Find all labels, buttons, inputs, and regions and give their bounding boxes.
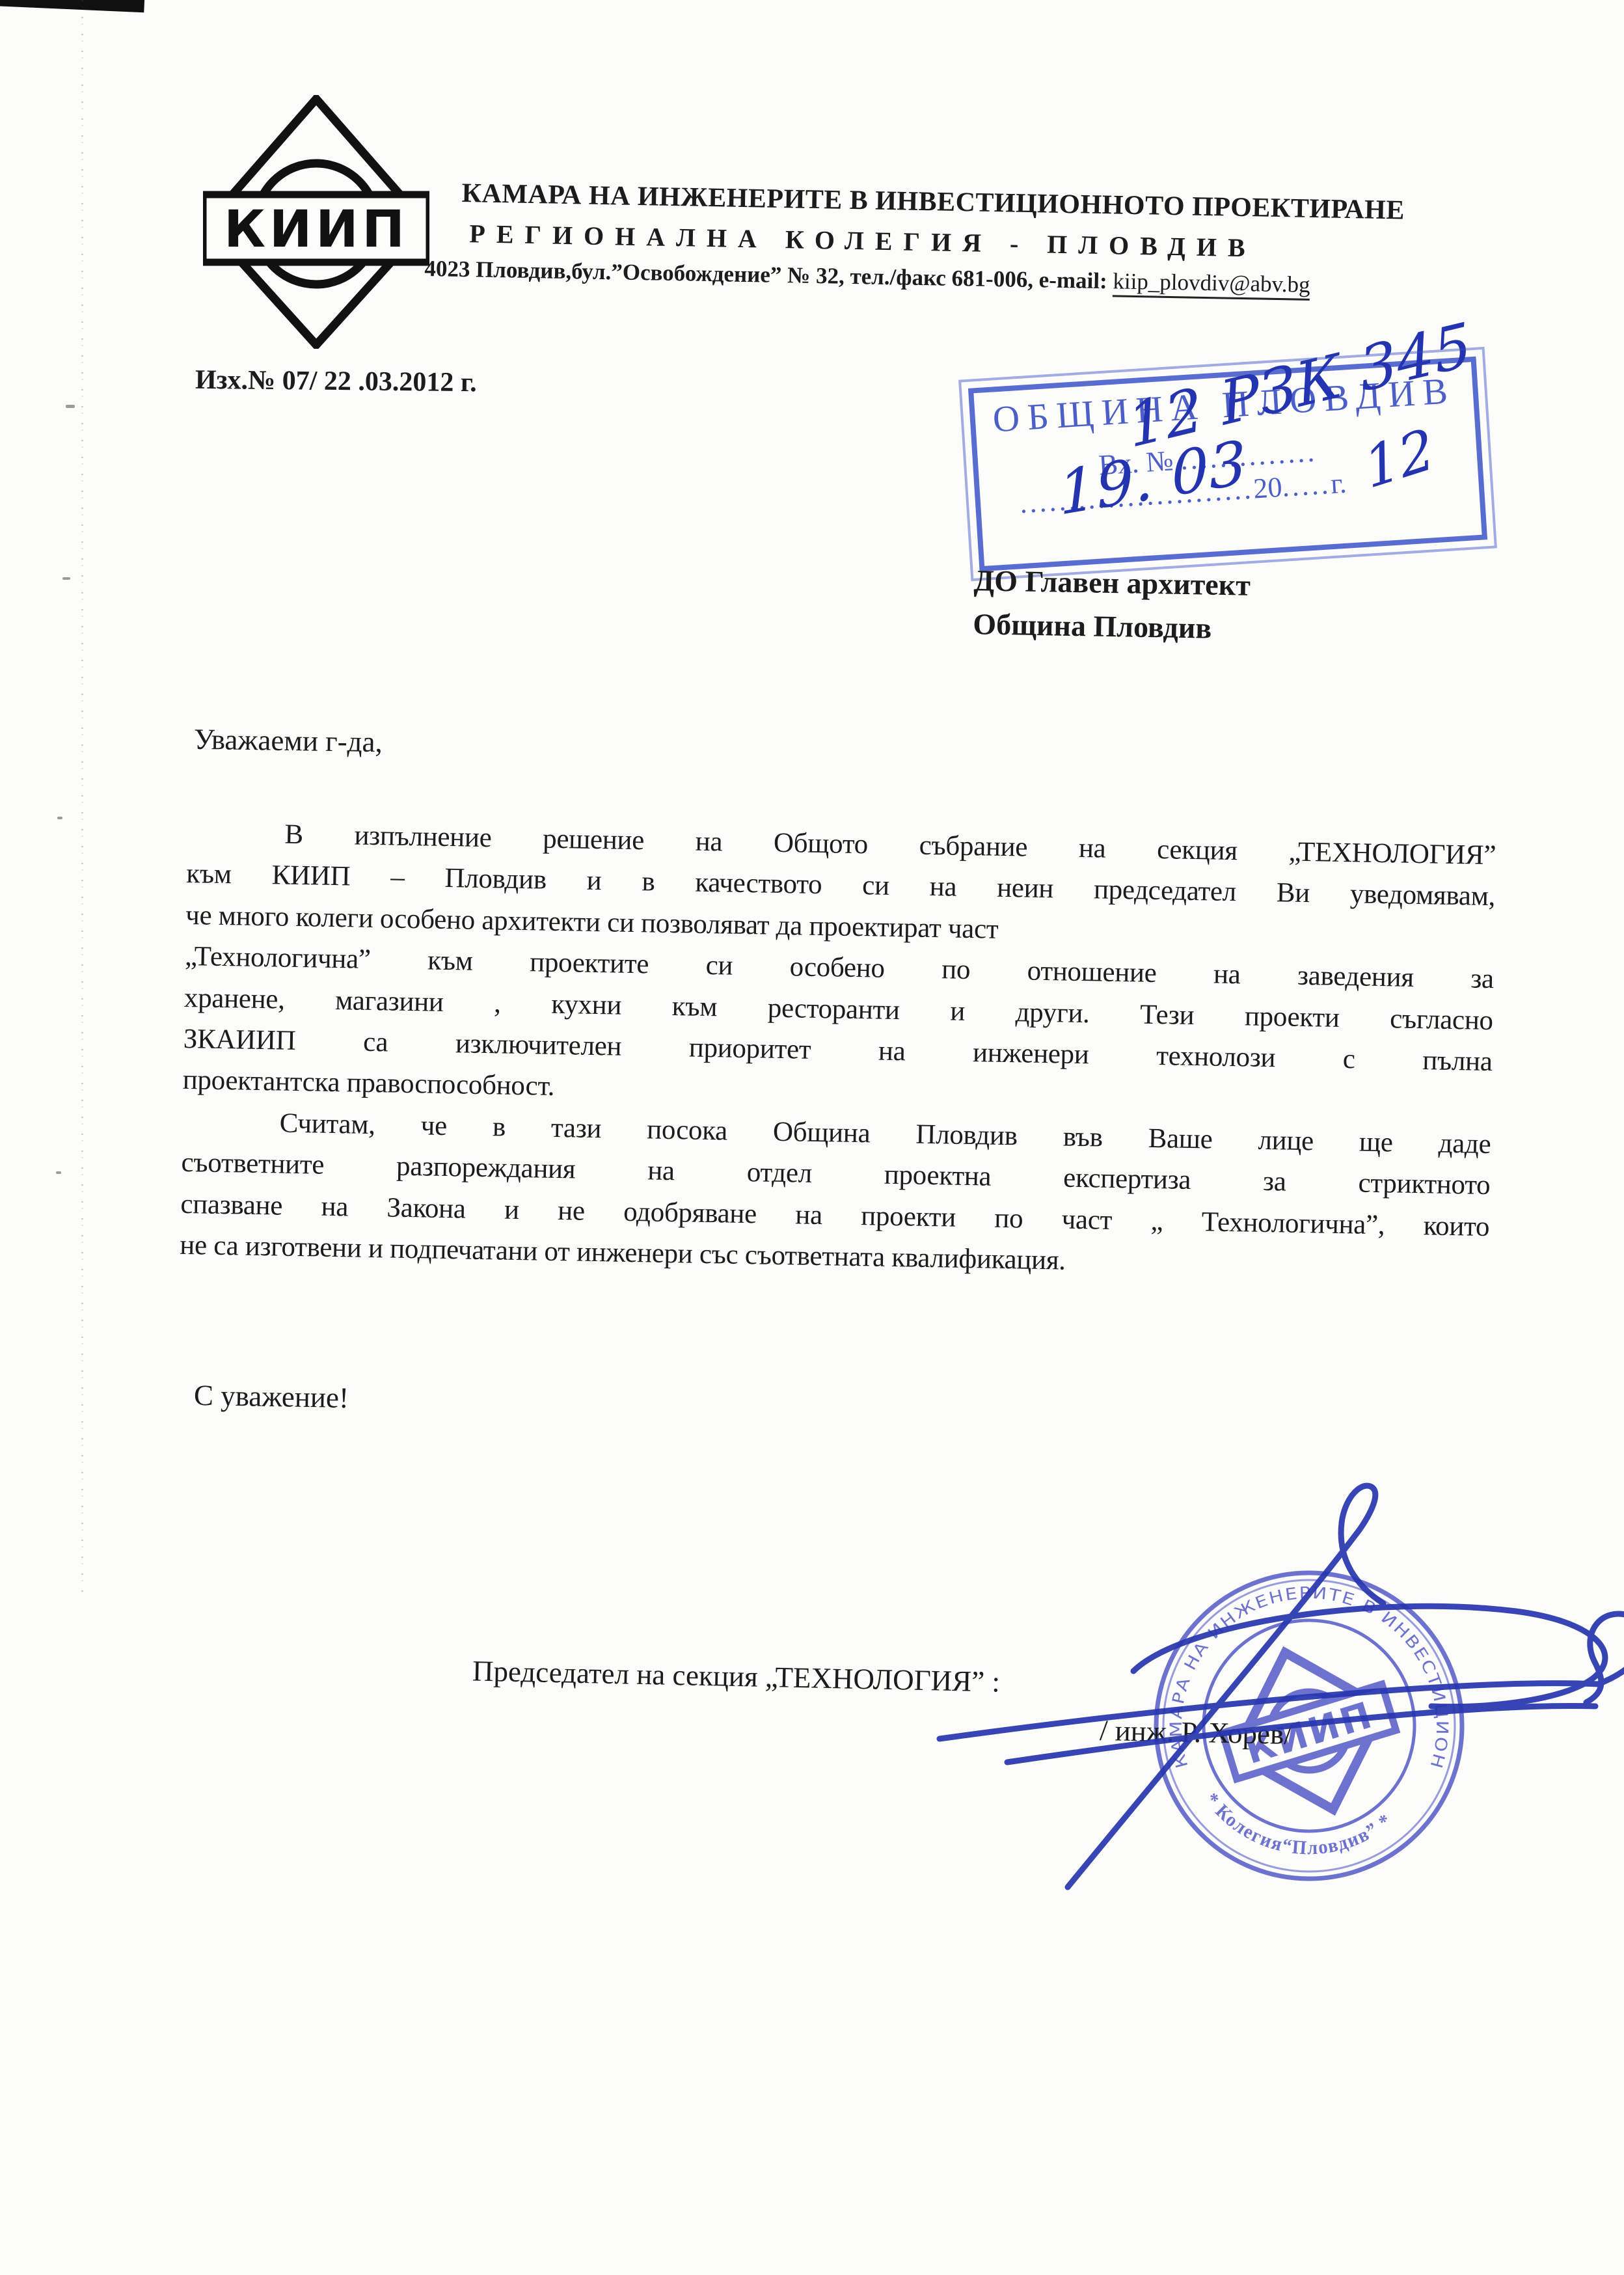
scan-speck xyxy=(66,405,75,408)
stamp-entry-dots: .............. xyxy=(1180,435,1318,476)
stamp-date-row: ........................20.....г. xyxy=(1019,458,1480,520)
kiip-logo: КИИП xyxy=(203,95,429,349)
outgoing-ref-line: Изх.№ 07/ 22 .03.2012 г. xyxy=(195,364,477,399)
stamp-date-dots: ........................ xyxy=(1019,473,1254,520)
logo-text: КИИП xyxy=(224,200,409,259)
letter-body: В изпълнение решение на Общото събрание … xyxy=(180,812,1496,1288)
email-text: kiip_plovdiv@abv.bg xyxy=(1113,268,1310,301)
stamp-year-suffix: г. xyxy=(1330,467,1347,500)
signature-name-line: / инж. Р. Хорев/ xyxy=(1099,1713,1292,1751)
stamp-year-dots: ..... xyxy=(1281,468,1332,503)
scan-edge-dust-line xyxy=(81,0,83,1594)
entry-stamp: ОБЩИНА ПЛОВДИВ Вх. № .............. ....… xyxy=(968,357,1487,572)
scan-speck xyxy=(56,1171,61,1174)
stamp-year-prefix: 20 xyxy=(1252,471,1283,505)
letterhead: КАМАРА НА ИНЖЕНЕРИТЕ В ИНВЕСТИЦИОННОТО П… xyxy=(424,177,1624,304)
stamp-title: ОБЩИНА ПЛОВДИВ xyxy=(974,368,1474,442)
recipient-block: ДО Главен архитект Община Пловдив xyxy=(973,558,1251,650)
handwritten-date: 19. 03 xyxy=(1057,428,1249,529)
address-text: 4023 Пловдив,бул.”Освобождение” № 32, те… xyxy=(424,256,1113,293)
stamp-entry-row: Вх. № .............. xyxy=(1098,425,1477,482)
scan-speck xyxy=(57,817,62,819)
scanned-letter-page: { "letterhead": { "logo_text": "КИИП", "… xyxy=(0,0,1624,2275)
closing-line: С уважение! xyxy=(194,1378,349,1415)
salutation: Уважаеми г-да, xyxy=(194,722,383,759)
scan-speck xyxy=(62,577,70,580)
handwritten-entry-number: 12 РЗК 345 xyxy=(1124,309,1476,461)
stamp-entry-label: Вх. № xyxy=(1098,444,1174,481)
signature-stroke-hook xyxy=(1586,1614,1624,1702)
recipient-line1: ДО Главен архитект xyxy=(973,558,1251,606)
scan-corner-artifact xyxy=(0,0,145,12)
handwritten-year: 12 xyxy=(1359,416,1440,502)
signature-title-line: Председател на секция „ТЕХНОЛОГИЯ” : xyxy=(472,1654,1001,1699)
recipient-line2: Община Пловдив xyxy=(973,602,1250,650)
